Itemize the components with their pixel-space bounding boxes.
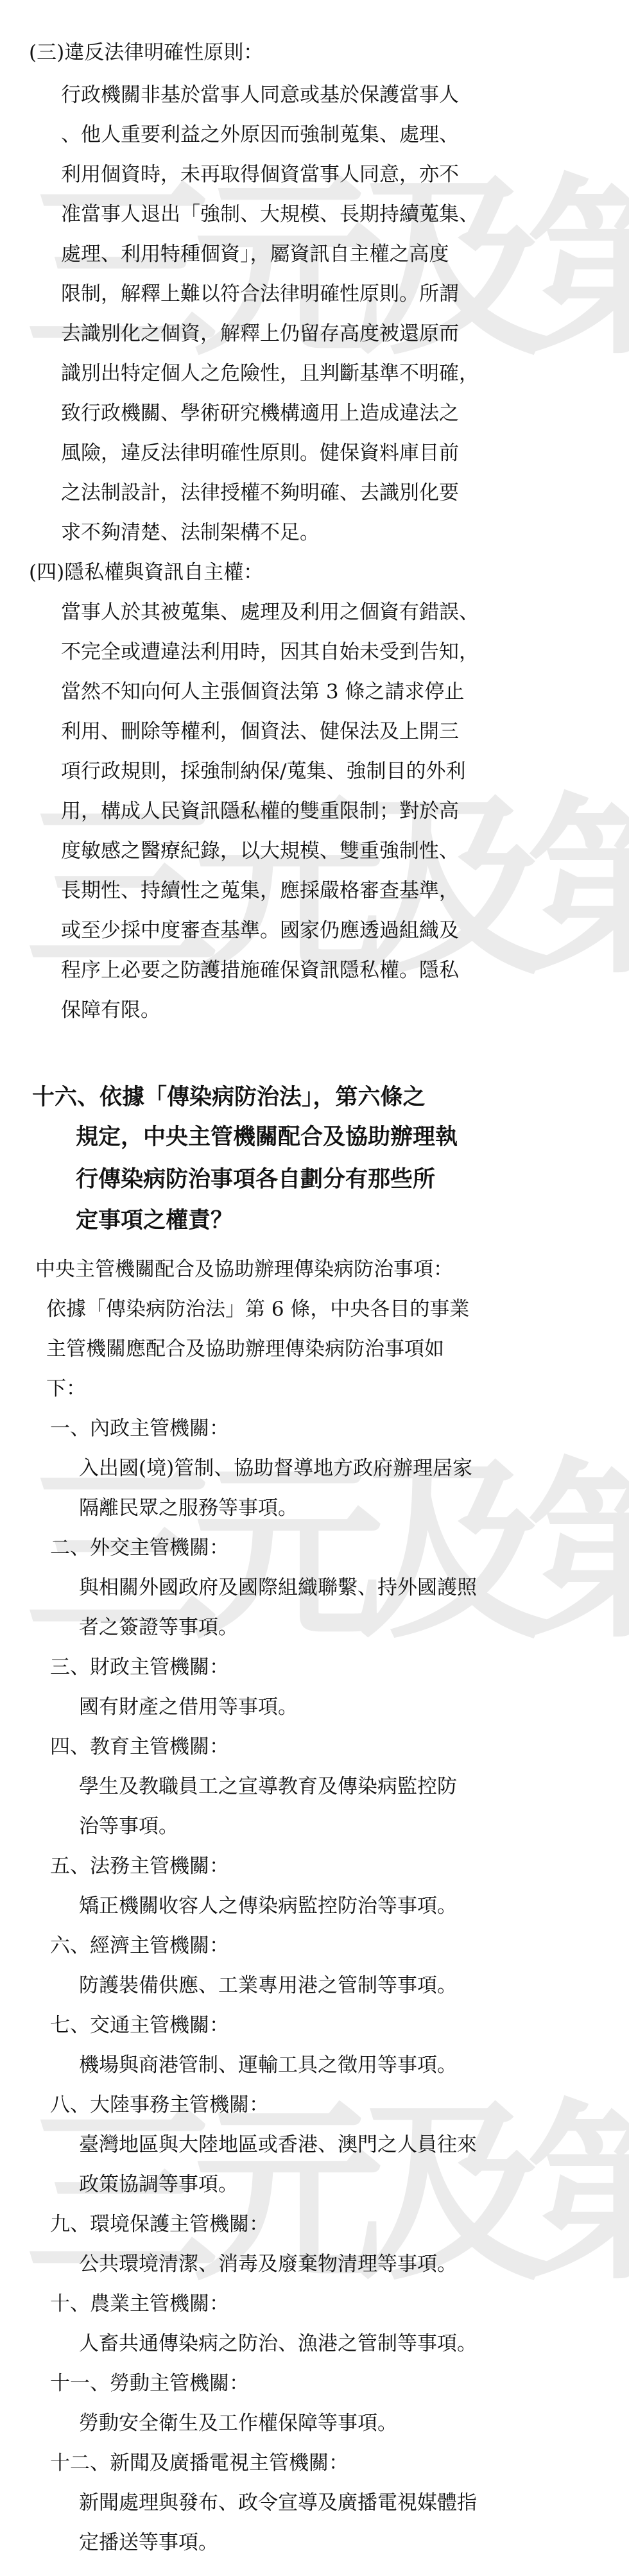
section-heading: (四)隱私權與資訊自主權：	[29, 560, 263, 585]
item-line: 隔離民眾之服務等事項。	[79, 1495, 298, 1521]
item-line: 勞動安全衛生及工作權保障等事項。	[79, 2410, 397, 2436]
answer-intro-line: 主管機關應配合及協助辦理傳染病防治事項如	[46, 1336, 444, 1362]
paragraph-line: 用，構成人民資訊隱私權的雙重限制；對於高	[61, 798, 459, 824]
item-heading-justice: 五、法務主管機關：	[50, 1853, 229, 1879]
item-line: 定播送等事項。	[79, 2530, 218, 2555]
item-line: 臺灣地區與大陸地區或香港、澳門之人員往來	[79, 2132, 477, 2158]
question-title: 十六、依據「傳染病防治法」，第六條之	[32, 1085, 426, 1110]
item-heading-economic: 六、經濟主管機關：	[50, 1933, 229, 1959]
paragraph-line: 去識別化之個資，解釋上仍留存高度被還原而	[61, 321, 459, 347]
paragraph-line: 、他人重要利益之外原因而強制蒐集、處理、	[61, 122, 459, 148]
paragraph-line: 項行政規則，採強制納保/蒐集、強制目的外利	[61, 759, 465, 784]
paragraph-line: 之法制設計，法律授權不夠明確、去識別化要	[61, 480, 459, 506]
paragraph-line: 不完全或遭違法利用時，因其自始未受到告知，	[61, 639, 479, 665]
item-line: 機場與商港管制、運輸工具之徵用等事項。	[79, 2052, 457, 2078]
paragraph-line: 當然不知向何人主張個資法第 3 條之請求停止	[61, 679, 464, 705]
section-heading: (三)違反法律明確性原則：	[29, 40, 263, 65]
item-line: 防護裝備供應、工業專用港之管制等事項。	[79, 1973, 457, 1998]
question-title: 定事項之權責？	[76, 1208, 233, 1233]
question-title: 行傳染病防治事項各自劃分有那些所	[76, 1167, 435, 1192]
item-heading-news-broadcasting: 十二、新聞及廣播電視主管機關：	[50, 2450, 349, 2476]
item-heading-finance: 三、財政主管機關：	[50, 1654, 229, 1680]
item-line: 學生及教職員工之宣導教育及傳染病監控防	[79, 1774, 457, 1799]
paragraph-line: 程序上必要之防護措施確保資訊隱私權。隱私	[61, 957, 459, 983]
item-line: 新聞處理與發布、政令宣導及廣播電視媒體指	[79, 2490, 477, 2516]
item-line: 人畜共通傳染病之防治、漁港之管制等事項。	[79, 2331, 477, 2357]
question-title: 規定，中央主管機關配合及協助辦理執	[76, 1124, 458, 1150]
paragraph-line: 識別出特定個人之危險性，且判斷基準不明確，	[61, 361, 479, 386]
answer-intro-line: 下：	[46, 1376, 86, 1402]
item-heading-interior: 一、內政主管機關：	[50, 1416, 229, 1441]
paragraph-line: 保障有限。	[61, 997, 160, 1023]
paragraph-line: 行政機關非基於當事人同意或基於保護當事人	[61, 82, 459, 108]
paragraph-line: 長期性、持續性之蒐集，應採嚴格審查基準，	[61, 878, 459, 904]
item-line: 公共環境清潔、消毒及廢棄物清理等事項。	[79, 2251, 457, 2277]
answer-intro-heading: 中央主管機關配合及協助辦理傳染病防治事項：	[35, 1257, 453, 1282]
item-heading-mainland-affairs: 八、大陸事務主管機關：	[50, 2092, 269, 2118]
item-heading-foreign-affairs: 二、外交主管機關：	[50, 1535, 229, 1561]
paragraph-line: 處理、利用特種個資」，屬資訊自主權之高度	[61, 241, 449, 267]
item-heading-environment: 九、環境保護主管機關：	[50, 2211, 269, 2237]
item-line: 治等事項。	[79, 1814, 178, 1839]
paragraph-line: 致行政機關、學術研究機構適用上造成違法之	[61, 400, 459, 426]
paragraph-line: 風險，違反法律明確性原則。健保資料庫目前	[61, 440, 459, 466]
paragraph-line: 度敏感之醫療紀錄，以大規模、雙重強制性、	[61, 838, 459, 864]
item-line: 與相關外國政府及國際組織聯繫、持外國護照	[79, 1575, 477, 1601]
item-line: 國有財產之借用等事項。	[79, 1694, 298, 1720]
paragraph-line: 當事人於其被蒐集、處理及利用之個資有錯誤、	[61, 599, 479, 625]
item-line: 政策協調等事項。	[79, 2172, 238, 2197]
paragraph-line: 限制，解釋上難以符合法律明確性原則。所謂	[61, 281, 459, 307]
item-heading-agriculture: 十、農業主管機關：	[50, 2291, 229, 2317]
item-heading-transportation: 七、交通主管機關：	[50, 2013, 229, 2038]
item-heading-labor: 十一、勞動主管機關：	[50, 2371, 249, 2396]
answer-intro-line: 依據「傳染病防治法」第 6 條，中央各目的事業	[46, 1296, 469, 1322]
paragraph-line: 求不夠清楚、法制架構不足。	[61, 520, 320, 545]
paragraph-line: 利用個資時，未再取得個資當事人同意，亦不	[61, 162, 459, 187]
item-line: 入出國(境)管制、協助督導地方政府辦理居家	[79, 1455, 472, 1481]
item-heading-education: 四、教育主管機關：	[50, 1734, 229, 1760]
paragraph-line: 准當事人退出「強制、大規模、長期持續蒐集、	[61, 202, 479, 227]
paragraph-line: 或至少採中度審查基準。國家仍應透過組織及	[61, 918, 459, 943]
paragraph-line: 利用、刪除等權利，個資法、健保法及上開三	[61, 719, 459, 744]
item-line: 矯正機關收容人之傳染病監控防治等事項。	[79, 1893, 457, 1919]
item-line: 者之簽證等事項。	[79, 1615, 238, 1640]
